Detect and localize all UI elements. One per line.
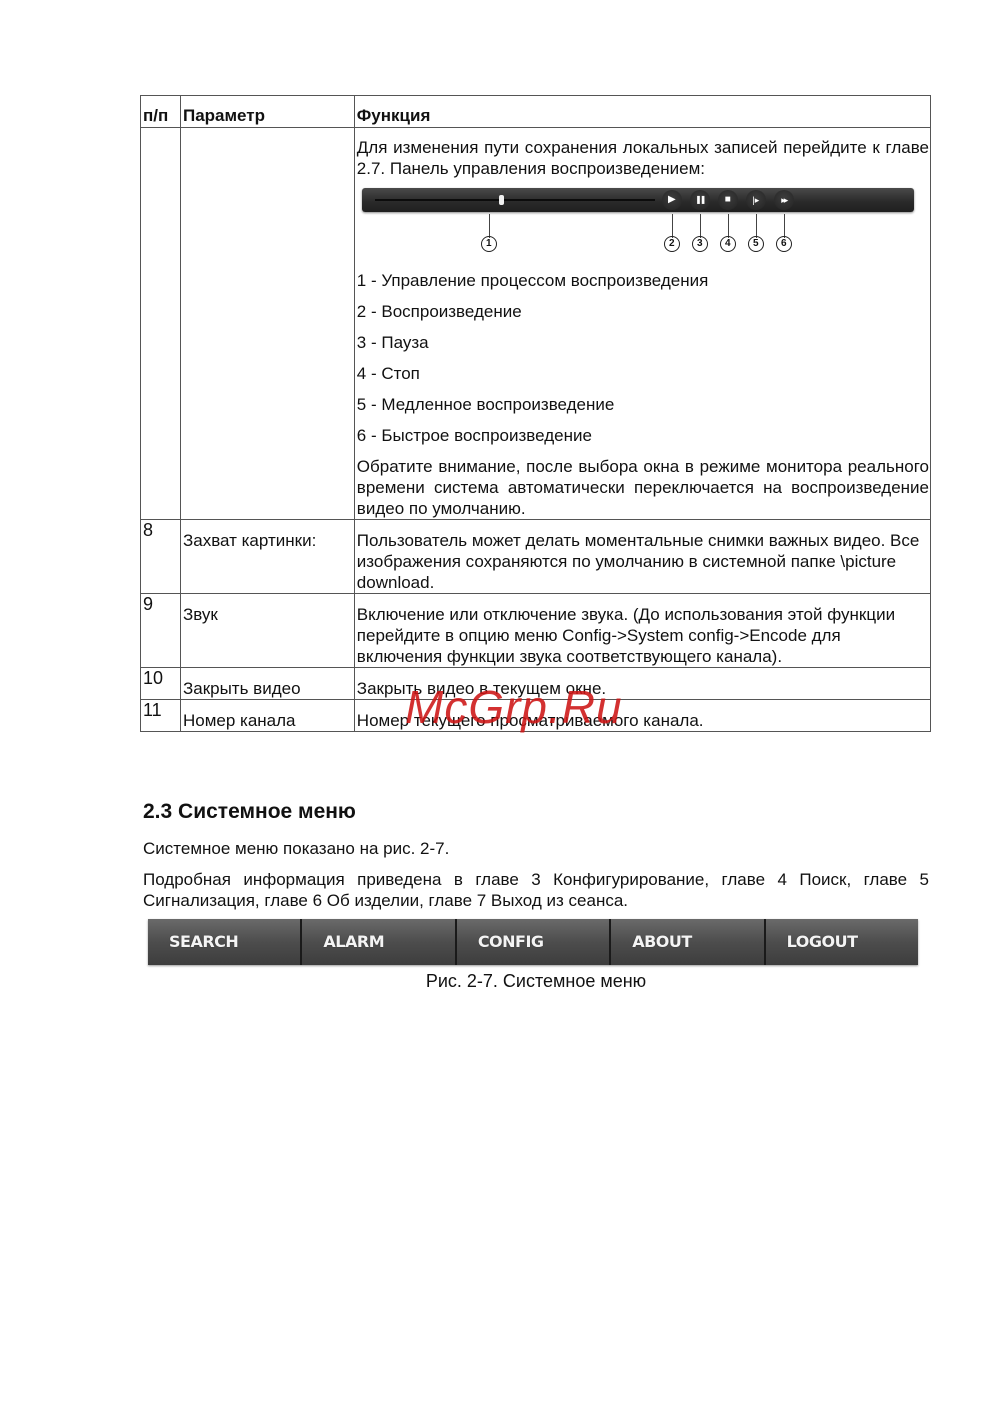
menu-logout-button[interactable]: LOGOUT	[764, 919, 918, 965]
legend-item: 1 - Управление процессом воспроизведения	[357, 270, 929, 291]
legend-item: 4 - Стоп	[357, 363, 929, 384]
stop-icon[interactable]: ■	[718, 190, 738, 210]
row-param	[180, 128, 354, 520]
parameter-table: п/п Параметр Функция Для изменения пути …	[140, 95, 931, 732]
header-function: Функция	[354, 96, 930, 128]
callout-line	[784, 214, 785, 238]
playback-control-bar: ▶ ❚❚ ■ |▸ ▸▸	[362, 188, 914, 212]
callout-line	[756, 214, 757, 238]
callout-label: 1	[481, 236, 497, 252]
row-num: 11	[141, 700, 181, 732]
table-row: 11 Номер канала Номер текущего просматри…	[141, 700, 931, 732]
menu-config-button[interactable]: CONFIG	[455, 919, 609, 965]
section-paragraph: Системное меню показано на рис. 2-7.	[143, 839, 449, 859]
callout-label: 4	[720, 236, 736, 252]
row-function: Номер текущего просматриваемого канала.	[354, 700, 930, 732]
row-num: 9	[141, 594, 181, 668]
table-row: Для изменения пути сохранения локальных …	[141, 128, 931, 520]
row-function: Закрыть видео в текущем окне.	[354, 668, 930, 700]
progress-track[interactable]	[375, 199, 655, 201]
callout-line	[700, 214, 701, 238]
menu-search-button[interactable]: SEARCH	[148, 919, 300, 965]
callout-label: 5	[748, 236, 764, 252]
figure-caption: Рис. 2-7. Системное меню	[0, 971, 1000, 992]
system-menu-bar: SEARCH ALARM CONFIG ABOUT LOGOUT	[148, 919, 918, 965]
header-param: Параметр	[180, 96, 354, 128]
callout-label: 2	[664, 236, 680, 252]
table-row: 9 Звук Включение или отключение звука. (…	[141, 594, 931, 668]
menu-alarm-button[interactable]: ALARM	[300, 919, 454, 965]
row-param: Захват картинки:	[180, 520, 354, 594]
legend-item: 5 - Медленное воспроизведение	[357, 394, 929, 415]
row-num	[141, 128, 181, 520]
legend-item: 2 - Воспроизведение	[357, 301, 929, 322]
row-param: Номер канала	[180, 700, 354, 732]
legend-item: 6 - Быстрое воспроизведение	[357, 425, 929, 446]
callout-label: 6	[776, 236, 792, 252]
progress-slider-handle[interactable]	[499, 195, 504, 205]
row-function: Включение или отключение звука. (До испо…	[354, 594, 930, 668]
menu-about-button[interactable]: ABOUT	[609, 919, 763, 965]
row-function: Для изменения пути сохранения локальных …	[354, 128, 930, 520]
slow-play-icon[interactable]: |▸	[746, 190, 766, 210]
section-paragraph: Подробная информация приведена в главе 3…	[143, 869, 929, 911]
header-num: п/п	[141, 96, 181, 128]
callout-line	[672, 214, 673, 238]
row-param: Закрыть видео	[180, 668, 354, 700]
row-param: Звук	[180, 594, 354, 668]
playback-note: Обратите внимание, после выбора окна в р…	[357, 456, 929, 519]
row-function: Пользователь может делать моментальные с…	[354, 520, 930, 594]
row-num: 8	[141, 520, 181, 594]
callout-label: 3	[692, 236, 708, 252]
callout-line	[489, 214, 490, 238]
legend-item: 3 - Пауза	[357, 332, 929, 353]
fast-forward-icon[interactable]: ▸▸	[774, 190, 794, 210]
playback-intro: Для изменения пути сохранения локальных …	[357, 137, 929, 179]
table-header-row: п/п Параметр Функция	[141, 96, 931, 128]
play-icon[interactable]: ▶	[662, 190, 682, 210]
section-title: 2.3 Системное меню	[143, 800, 356, 824]
table-row: 8 Захват картинки: Пользователь может де…	[141, 520, 931, 594]
table-row: 10 Закрыть видео Закрыть видео в текущем…	[141, 668, 931, 700]
row-num: 10	[141, 668, 181, 700]
pause-icon[interactable]: ❚❚	[690, 190, 710, 210]
callout-line	[728, 214, 729, 238]
playback-control-figure: ▶ ❚❚ ■ |▸ ▸▸ 1 2 3 4 5 6	[357, 188, 929, 260]
